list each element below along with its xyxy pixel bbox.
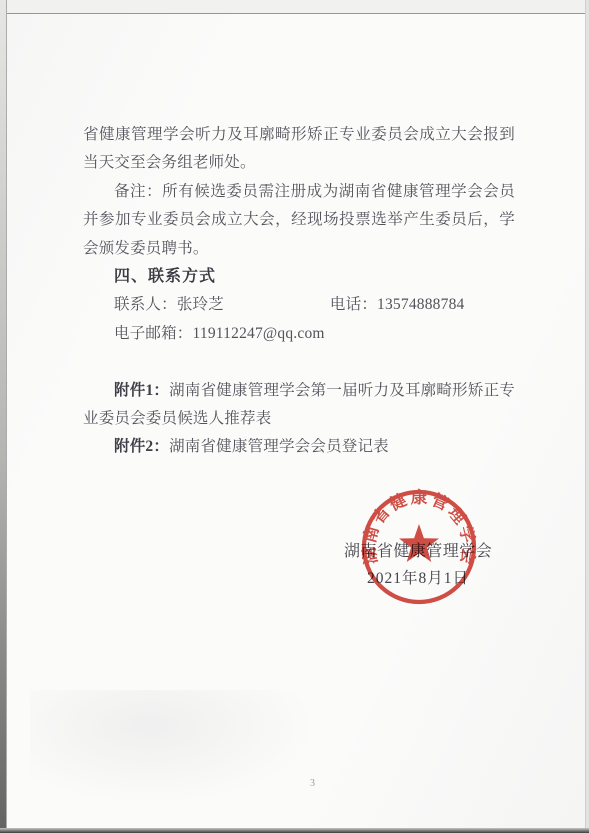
scan-edge-left — [0, 0, 7, 833]
contact-line: 联系人：张玲芝电话：13574888784 — [83, 291, 515, 319]
body-line: 当天交至会务组老师处。 — [83, 149, 515, 177]
seal-star-icon — [399, 524, 439, 562]
scan-edge-top — [0, 0, 589, 14]
contact-person-label: 联系人： — [114, 296, 177, 313]
scan-edge-right — [585, 0, 589, 833]
attachment-2-line: 附件2：湖南省健康管理学会会员登记表 — [83, 433, 515, 461]
body-line: 省健康管理学会听力及耳廓畸形矫正专业委员会成立大会报到 — [83, 121, 515, 149]
contact-phone-label: 电话： — [330, 296, 377, 313]
attachment-2-title: 湖南省健康管理学会会员登记表 — [169, 438, 389, 455]
email-value: 119112247@qq.com — [193, 325, 325, 342]
attachment-1-label: 附件1： — [114, 382, 169, 399]
document-body: 省健康管理学会听力及耳廓畸形矫正专业委员会成立大会报到 当天交至会务组老师处。 … — [83, 121, 515, 462]
scan-edge-bottom — [0, 828, 589, 833]
attachment-1-line-2: 业委员会委员候选人推荐表 — [83, 405, 515, 433]
email-label: 电子邮箱： — [114, 325, 193, 342]
contact-person-value: 张玲芝 — [177, 296, 224, 313]
email-line: 电子邮箱：119112247@qq.com — [83, 320, 515, 348]
attachment-2-label: 附件2： — [114, 438, 169, 455]
scanned-document-page: 省健康管理学会听力及耳廓畸形矫正专业委员会成立大会报到 当天交至会务组老师处。 … — [0, 0, 589, 833]
blank-line — [83, 348, 515, 376]
body-line: 会颁发委员聘书。 — [83, 235, 515, 263]
section-heading-contact: 四、联系方式 — [83, 263, 515, 291]
paper-crease-shadow — [30, 690, 330, 810]
official-seal: 湖南省健康管理学会 — [348, 484, 490, 610]
attachment-1-title-part1: 湖南省健康管理学会第一届听力及耳廓畸形矫正专 — [169, 382, 515, 399]
page-number: 3 — [310, 778, 315, 789]
attachment-1-line-1: 附件1：湖南省健康管理学会第一届听力及耳廓畸形矫正专 — [83, 377, 515, 405]
contact-phone-value: 13574888784 — [377, 296, 464, 313]
body-line-note: 备注：所有候选委员需注册成为湖南省健康管理学会会员 — [83, 178, 515, 206]
body-line: 并参加专业委员会成立大会，经现场投票选举产生委员后，学 — [83, 206, 515, 234]
